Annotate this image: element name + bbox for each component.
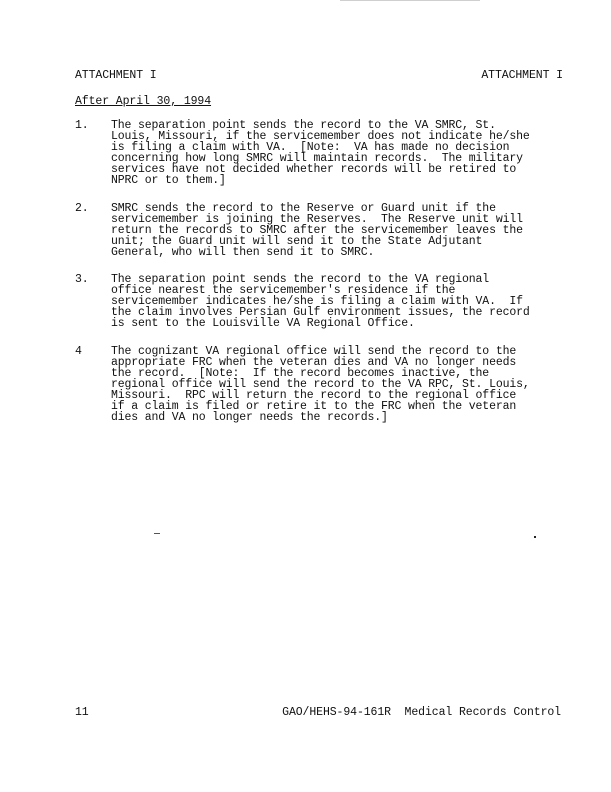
attachment-header-right: ATTACHMENT I <box>481 69 563 82</box>
section-subheading: After April 30, 1994 <box>75 95 211 108</box>
item-text: The cognizant VA regional office will se… <box>111 346 581 423</box>
scan-edge-line <box>340 0 480 1</box>
item-text: The separation point sends the record to… <box>111 120 581 186</box>
item-number: 3. <box>75 274 89 285</box>
scan-speck <box>534 536 536 538</box>
page-number: 11 <box>75 706 89 719</box>
attachment-header-left: ATTACHMENT I <box>75 69 157 82</box>
item-number: 1. <box>75 120 89 131</box>
scan-speck <box>154 533 160 534</box>
item-text: The separation point sends the record to… <box>111 274 581 329</box>
item-text: SMRC sends the record to the Reserve or … <box>111 203 581 258</box>
item-number: 2. <box>75 203 89 214</box>
report-identifier: GAO/HEHS-94-161R Medical Records Control <box>282 706 561 719</box>
item-number: 4 <box>75 346 82 357</box>
